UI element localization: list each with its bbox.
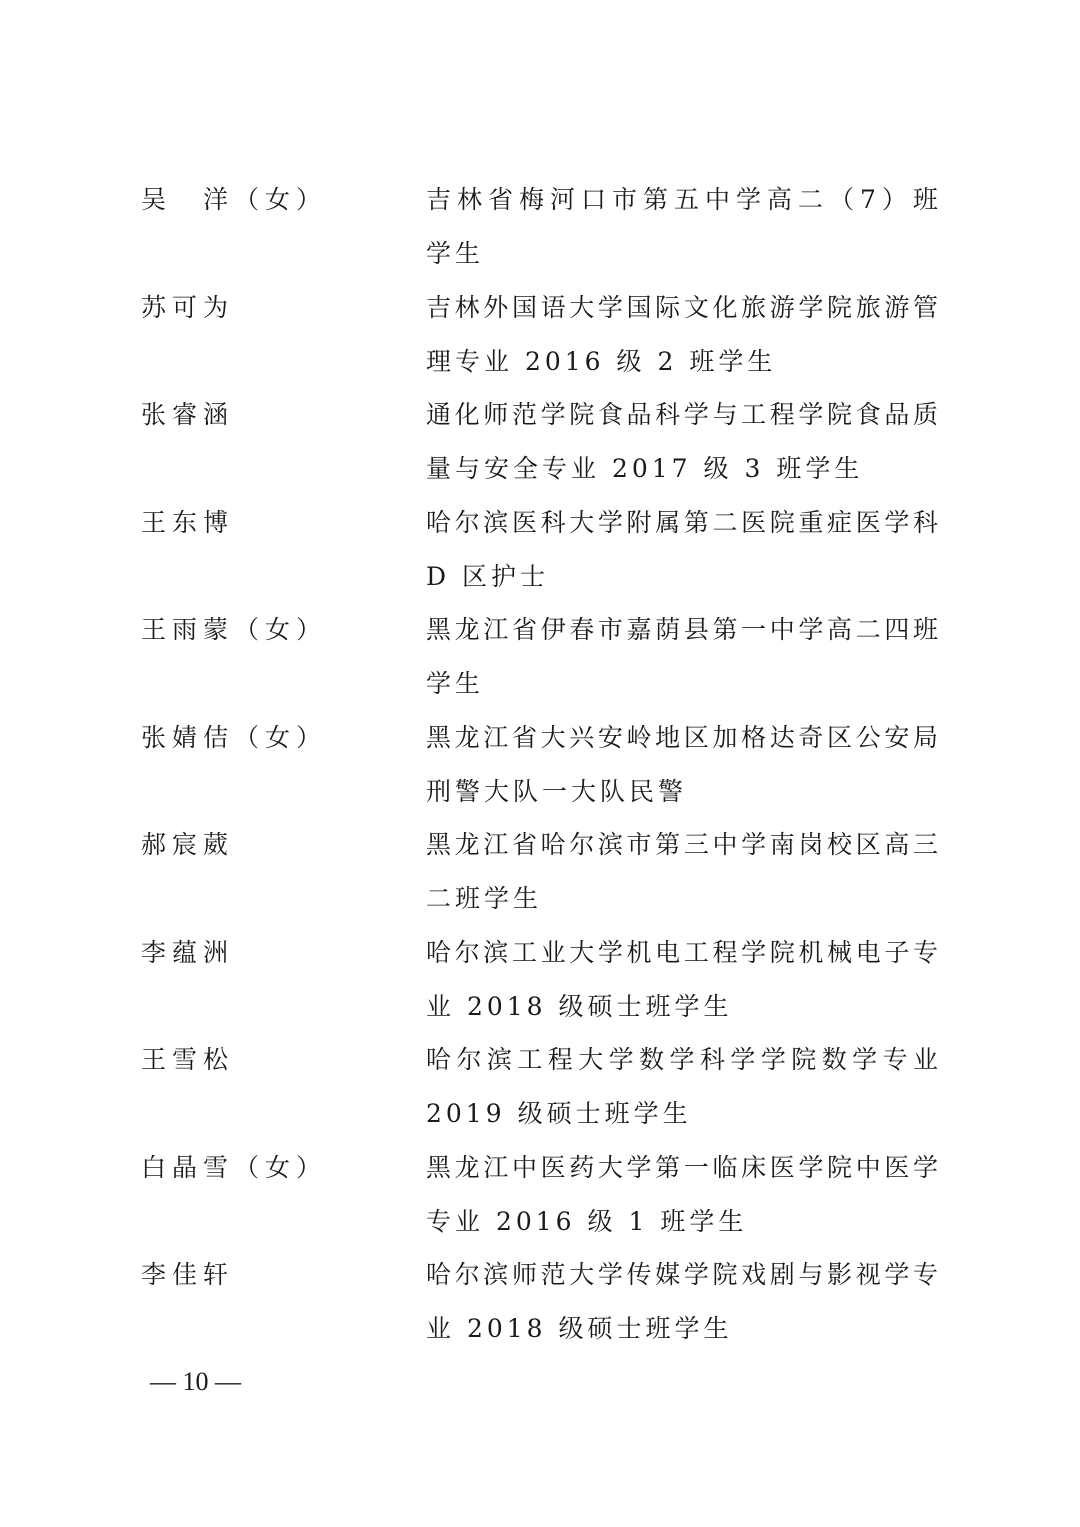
person-name: 白晶雪（女） bbox=[141, 1141, 327, 1195]
person-description: 哈尔滨医科大学附属第二医院重症医学科 D 区护士 bbox=[426, 496, 938, 604]
description-line-2: 2019 级硕士班学生 bbox=[426, 1087, 938, 1141]
person-description: 吉林外国语大学国际文化旅游学院旅游管 理专业 2016 级 2 班学生 bbox=[426, 281, 938, 389]
person-name: 王雪松 bbox=[141, 1033, 234, 1087]
list-item: 张婧佶（女） 黑龙江省大兴安岭地区加格达奇区公安局 刑警大队一大队民警 bbox=[0, 711, 1080, 819]
list-item: 张睿涵 通化师范学院食品科学与工程学院食品质 量与安全专业 2017 级 3 班… bbox=[0, 388, 1080, 496]
description-line-2: 业 2018 级硕士班学生 bbox=[426, 980, 938, 1034]
list-item: 苏可为 吉林外国语大学国际文化旅游学院旅游管 理专业 2016 级 2 班学生 bbox=[0, 281, 1080, 389]
description-line-1: 黑龙江省伊春市嘉荫县第一中学高二四班 bbox=[426, 603, 938, 657]
description-line-2: 业 2018 级硕士班学生 bbox=[426, 1302, 938, 1356]
person-name: 吴 洋（女） bbox=[141, 173, 327, 227]
page-number: — 10 — bbox=[150, 1362, 241, 1402]
honoree-list: 吴 洋（女） 吉林省梅河口市第五中学高二（7）班 学生 苏可为 吉林外国语大学国… bbox=[0, 173, 1080, 1356]
list-item: 白晶雪（女） 黑龙江中医药大学第一临床医学院中医学 专业 2016 级 1 班学… bbox=[0, 1141, 1080, 1249]
list-item: 郝宸葳 黑龙江省哈尔滨市第三中学南岗校区高三 二班学生 bbox=[0, 818, 1080, 926]
description-line-1: 通化师范学院食品科学与工程学院食品质 bbox=[426, 388, 938, 442]
list-item: 李蕴洲 哈尔滨工业大学机电工程学院机械电子专 业 2018 级硕士班学生 bbox=[0, 926, 1080, 1034]
person-name: 郝宸葳 bbox=[141, 818, 234, 872]
list-item: 李佳轩 哈尔滨师范大学传媒学院戏剧与影视学专 业 2018 级硕士班学生 bbox=[0, 1248, 1080, 1356]
description-line-1: 哈尔滨工业大学机电工程学院机械电子专 bbox=[426, 926, 938, 980]
list-item: 王雪松 哈尔滨工程大学数学科学学院数学专业 2019 级硕士班学生 bbox=[0, 1033, 1080, 1141]
list-item: 吴 洋（女） 吉林省梅河口市第五中学高二（7）班 学生 bbox=[0, 173, 1080, 281]
description-line-2: 量与安全专业 2017 级 3 班学生 bbox=[426, 442, 938, 496]
person-description: 黑龙江中医药大学第一临床医学院中医学 专业 2016 级 1 班学生 bbox=[426, 1141, 938, 1249]
description-line-1: 黑龙江省大兴安岭地区加格达奇区公安局 bbox=[426, 711, 938, 765]
description-line-2: D 区护士 bbox=[426, 550, 938, 604]
person-name: 张睿涵 bbox=[141, 388, 234, 442]
person-description: 哈尔滨工业大学机电工程学院机械电子专 业 2018 级硕士班学生 bbox=[426, 926, 938, 1034]
person-description: 哈尔滨工程大学数学科学学院数学专业 2019 级硕士班学生 bbox=[426, 1033, 938, 1141]
person-name: 王雨蒙（女） bbox=[141, 603, 327, 657]
person-description: 黑龙江省大兴安岭地区加格达奇区公安局 刑警大队一大队民警 bbox=[426, 711, 938, 819]
list-item: 王雨蒙（女） 黑龙江省伊春市嘉荫县第一中学高二四班 学生 bbox=[0, 603, 1080, 711]
description-line-1: 吉林外国语大学国际文化旅游学院旅游管 bbox=[426, 281, 938, 335]
person-name: 李蕴洲 bbox=[141, 926, 234, 980]
description-line-2: 专业 2016 级 1 班学生 bbox=[426, 1195, 938, 1249]
description-line-1: 吉林省梅河口市第五中学高二（7）班 bbox=[426, 173, 938, 227]
description-line-2: 学生 bbox=[426, 657, 938, 711]
person-description: 通化师范学院食品科学与工程学院食品质 量与安全专业 2017 级 3 班学生 bbox=[426, 388, 938, 496]
person-name: 李佳轩 bbox=[141, 1248, 234, 1302]
list-item: 王东博 哈尔滨医科大学附属第二医院重症医学科 D 区护士 bbox=[0, 496, 1080, 604]
description-line-2: 学生 bbox=[426, 227, 938, 281]
description-line-1: 黑龙江省哈尔滨市第三中学南岗校区高三 bbox=[426, 818, 938, 872]
person-name: 王东博 bbox=[141, 496, 234, 550]
person-name: 张婧佶（女） bbox=[141, 711, 327, 765]
description-line-1: 黑龙江中医药大学第一临床医学院中医学 bbox=[426, 1141, 938, 1195]
person-description: 哈尔滨师范大学传媒学院戏剧与影视学专 业 2018 级硕士班学生 bbox=[426, 1248, 938, 1356]
description-line-1: 哈尔滨师范大学传媒学院戏剧与影视学专 bbox=[426, 1248, 938, 1302]
description-line-2: 刑警大队一大队民警 bbox=[426, 765, 938, 819]
person-description: 吉林省梅河口市第五中学高二（7）班 学生 bbox=[426, 173, 938, 281]
description-line-1: 哈尔滨医科大学附属第二医院重症医学科 bbox=[426, 496, 938, 550]
person-description: 黑龙江省哈尔滨市第三中学南岗校区高三 二班学生 bbox=[426, 818, 938, 926]
person-name: 苏可为 bbox=[141, 281, 234, 335]
person-description: 黑龙江省伊春市嘉荫县第一中学高二四班 学生 bbox=[426, 603, 938, 711]
description-line-2: 二班学生 bbox=[426, 872, 938, 926]
description-line-2: 理专业 2016 级 2 班学生 bbox=[426, 335, 938, 389]
description-line-1: 哈尔滨工程大学数学科学学院数学专业 bbox=[426, 1033, 938, 1087]
